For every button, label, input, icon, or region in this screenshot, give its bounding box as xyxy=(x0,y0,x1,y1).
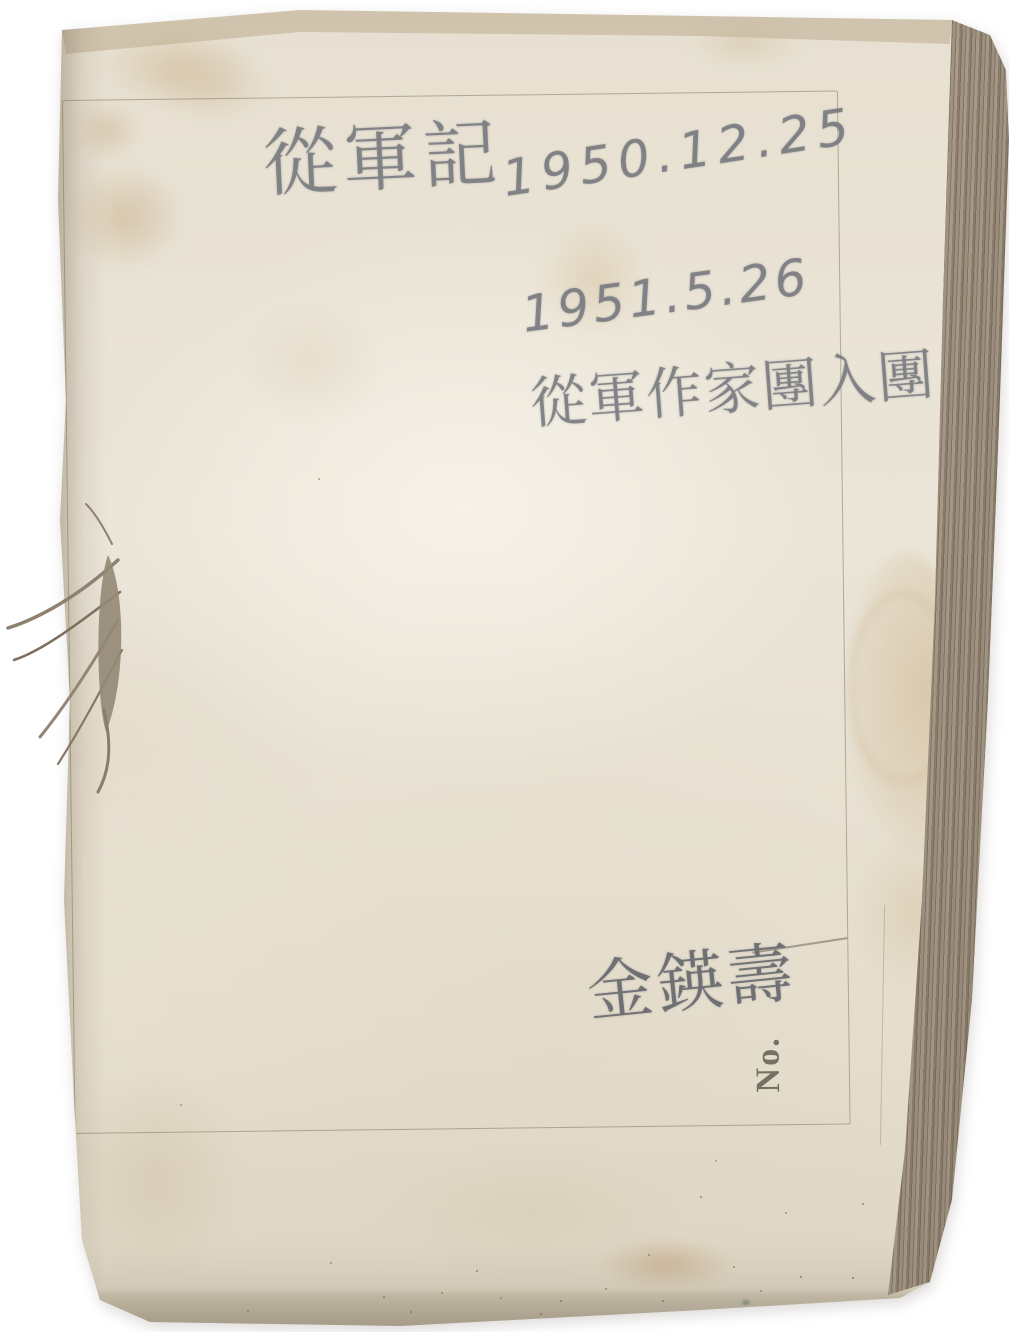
diary-book-cover: No. 從軍記 1950.12.25 1951.5.26 從軍作家團入團 金鍈壽 xyxy=(0,0,1009,1332)
number-label: No. xyxy=(723,1019,814,1110)
binding-threads xyxy=(0,500,140,830)
foxing-specks xyxy=(0,0,2,2)
handwritten-title: 從軍記 xyxy=(260,94,505,211)
book-wrap: No. 從軍記 1950.12.25 1951.5.26 從軍作家團入團 金鍈壽 xyxy=(0,0,1009,1332)
photo-stage: No. 從軍記 1950.12.25 1951.5.26 從軍作家團入團 金鍈壽 xyxy=(0,0,1009,1332)
ink-smudge xyxy=(864,1310,873,1316)
cover-printed-and-written-layer: No. 從軍記 1950.12.25 1951.5.26 從軍作家團入團 金鍈壽 xyxy=(0,0,1009,1332)
